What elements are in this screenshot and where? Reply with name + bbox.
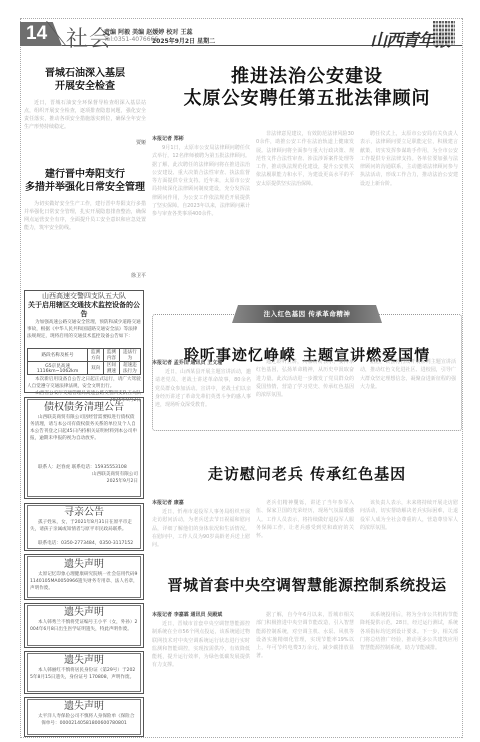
- notice-inner: 遗失声明 太原记忆印象心理健康研究院统一社会信用代码91140105MA0050…: [27, 556, 141, 598]
- visit-column-1: 近日，忻州市退役军人事务局组织开展走访慰问活动，为老兵送去节日祝福和慰问品，详细…: [152, 508, 250, 558]
- title-line-1: 晋城石油深入基层: [24, 67, 146, 80]
- visit-byline: 本报记者 康嘉: [152, 499, 184, 506]
- notice-body: 太原记忆印象心理健康研究院统一社会信用代码91140105MA0050966遗失…: [30, 571, 138, 592]
- notice-org: 山西高速交警四支队五大队: [27, 292, 141, 301]
- article-body: 为切实做好安全生产工作，建行晋中寿阳支行多措并举强化日常安全管理，扎实开展隐患排…: [24, 200, 146, 272]
- headline-line-2: 太原公安聘任第五批法律顾问: [150, 88, 464, 110]
- notice-contact: 联系人：赵春虎 联系电话：15935553108: [30, 464, 138, 471]
- table-cell: 双向: [88, 362, 104, 375]
- feature-column-2: 通过聆听宣讲，大家纷纷表示，要传承红色基因，弘扬革命精神，从历史中汲取奋进力量。…: [256, 358, 354, 426]
- hvac-headline: 晋城首套中央空调智慧能源控制系统投运: [150, 574, 464, 595]
- lead-headline: 推进法治公安建设 太原公安聘任第五批法律顾问: [150, 66, 464, 110]
- notice-loss-statement-2: 遗失声明 本人韩秀兰不慎将凭证编号王小平（女，外孙）2004年6月8日出生医学证…: [24, 603, 144, 648]
- table-header: 监测内容: [103, 349, 119, 362]
- notice-title: 关于启用辖区交通技术监控设备的公告: [27, 301, 141, 319]
- article-title: 晋城石油深入基层 开展安全检查: [24, 67, 146, 93]
- visit-headline: 走访慰问老兵 传承红色基因: [150, 463, 464, 484]
- visit-column-2: 老兵们精神矍铄，讲述了当年参军入伍、保家卫国的光荣经历，现场气氛温暖感人。工作人…: [256, 499, 354, 558]
- notice-title: 寻亲公告: [30, 507, 138, 519]
- notice-inner: 寻亲公告 孤子姓朱，女，于2021年8月31日在原平市走失，请孩子亲属或知情者与…: [27, 505, 141, 549]
- hvac-byline: 本报记者 李嘉霖 通讯员 吴殿斌: [152, 611, 222, 618]
- editors-credit: 责编 阿毅 美编 赵媛婷 校对 王蕊: [104, 27, 192, 36]
- notice-signature-org: 山西省公安厅交通管理局高速公路交警四支队五大队: [27, 390, 141, 397]
- feature-banner: 注入红色基因 传承革命精神: [232, 305, 382, 323]
- table-cell: 区间测速: [103, 362, 119, 375]
- notice-body: 山西联美商贸有限公司因经营需要拟进行债权债务清理，请与本公司有债权债务关系的单位…: [30, 414, 138, 464]
- notice-inner: 遗失声明 太平洋人寿保险公司不慎将人身保险单《保险合同》遗失，声明作废。 保单号…: [27, 699, 141, 735]
- visit-column-3: 该负责人表示，未来将持续开展走访慰问活动，切实帮助解决老兵实际困难，让退役军人成…: [360, 499, 458, 558]
- feature-byline: 本报记者 孟乔田 通讯员 王文瑾: [152, 359, 222, 366]
- notice-loss-statement-3: 遗失声明 本人韩丽红不慎将居民身份证（第29号）于2025年8月15日遗失，身份…: [24, 651, 144, 694]
- notice-title: 遗失声明: [30, 701, 138, 713]
- page-number: 14: [26, 23, 47, 45]
- page-border-top: [20, 18, 462, 19]
- page-border-left: [20, 18, 21, 738]
- notice-family-search: 寻亲公告 孤子姓朱，女，于2021年8月31日在原平市走失，请孩子亲属或知情者与…: [24, 503, 144, 551]
- notice-body: 太平洋人寿保险公司不慎将人身保险单《保险合同》遗失，声明作废。: [30, 713, 138, 720]
- notice-traffic-monitoring: 山西高速交警四支队五大队 关于启用辖区交通技术监控设备的公告 为加强高速公路交通…: [24, 290, 144, 393]
- feature-column-3: 据悉，该县将持续开展系列主题宣讲活动，推动红色文化进社区、进校园，引导广大群众坚…: [360, 358, 456, 426]
- notice-phone: 联系电话：0350-2773484，0350-3117152: [30, 540, 138, 547]
- feature-column-1: 近日，山西某县开展主题宣讲活动，邀请老党员、老战士讲述革命故事，80余名党员群众…: [155, 368, 251, 426]
- title-line-2: 开展安全检查: [24, 80, 146, 93]
- body-text: 为切实做好安全生产工作，建行晋中寿阳支行多措并举强化日常安全管理，扎实开展隐患排…: [24, 201, 146, 231]
- page-border-bottom: [20, 737, 462, 738]
- notice-body: 为加强高速公路交通安全管理，预防和减少道路交通事故，根据《中华人民共和国道路交通…: [27, 319, 141, 347]
- headline-line-1: 推进法治公安建设: [150, 66, 464, 88]
- table-cell: 超速违法行为: [119, 362, 140, 375]
- contact-tel: Tel:0351-4076666: [104, 36, 158, 43]
- lead-byline: 本报记者 郑彬: [152, 135, 184, 142]
- notice-signature-date: 2025年9月2日: [30, 478, 138, 485]
- notice-body: 本人韩丽红不慎将居民身份证（第29号）于2025年8月15日遗失，身份证号 17…: [30, 667, 138, 681]
- lead-column-3: 聘任仪式上，太原市公安局有关负责人表示，法律顾问要立足职能定位，积极建言献策，切…: [360, 130, 458, 286]
- notice-inner: 债权债务清理公告 山西联美商贸有限公司因经营需要拟进行债权债务清理，请与本公司有…: [27, 399, 141, 497]
- notice-title: 债权债务清理公告: [30, 401, 138, 414]
- table-header: 监测方向: [88, 349, 104, 362]
- notice-loss-statement-1: 遗失声明 太原记忆印象心理健康研究院统一社会信用代码91140105MA0050…: [24, 554, 144, 600]
- qr-code-icon: [433, 21, 455, 45]
- table-header-row: 路段名称及桩号 监测方向 监测内容 违法行为: [28, 349, 141, 362]
- sidebar-article-2: 建行晋中寿阳支行 多措并举强化日常安全管理 为切实做好安全生产工作，建行晋中寿阳…: [24, 168, 146, 280]
- notice-title: 遗失声明: [30, 655, 138, 667]
- table-row: G5京昆高速 1116km~1062km 双向 区间测速 超速违法行为: [28, 362, 141, 375]
- notice-title: 遗失声明: [30, 607, 138, 619]
- newspaper-page: 14 社会 责编 阿毅 美编 赵媛婷 校对 王蕊 Tel:0351-407666…: [0, 0, 480, 742]
- notice-footer: 本次新启用设备自公告之日起正式运行，请广大驾驶人自觉遵守交通法律法规，安全文明出…: [27, 376, 141, 390]
- table-header: 违法行为: [119, 349, 140, 362]
- notice-debt-clearance: 债权债务清理公告 山西联美商贸有限公司因经营需要拟进行债权债务清理，请与本公司有…: [24, 397, 144, 499]
- body-text: 近日，晋城石油安全环保督导检查组深入基层站点，组织开展安全检查，逐项排查隐患问题…: [24, 100, 146, 130]
- table-cell: G5京昆高速 1116km~1062km: [28, 362, 88, 375]
- lead-column-1: 9月1日，太原市公安局法律顾问聘任仪式举行，12名律师被聘为第五批法律顾问。据了…: [152, 144, 250, 286]
- issue-date: 2025年9月2日 星期二: [152, 36, 215, 45]
- hvac-column-1: 近日，晋城市首套中央空调智慧能源控制系统在全市56个网点投运，该系统通过物联网技…: [152, 620, 250, 732]
- monitoring-table: 路段名称及桩号 监测方向 监测内容 违法行为 G5京昆高速 1116km~106…: [27, 348, 141, 375]
- table-header: 路段名称及桩号: [28, 349, 88, 362]
- lead-column-2: 非法律意见建议，有效防范法律风险300余件，助推公安工作在法治轨道上健康发展。法…: [256, 130, 354, 286]
- title-line-2: 多措并举强化日常安全管理: [24, 181, 146, 194]
- notice-body: 孤子姓朱，女，于2021年8月31日在原平市走失，请孩子亲属或知情者与原平市民政…: [30, 519, 138, 540]
- notice-inner: 遗失声明 本人韩秀兰不慎将凭证编号王小平（女，外孙）2004年6月8日出生医学证…: [27, 605, 141, 646]
- hvac-column-2: 据了解，自今年6月以来，晋城市相关部门积极推进中央空调节能改造，引入智慧能源控制…: [256, 611, 354, 732]
- article-author: 贾姬: [24, 139, 146, 147]
- notice-code: 保单号：00002140581800600780801: [30, 720, 138, 727]
- notice-signature-org: 山西联美商贸有限公司: [30, 471, 138, 478]
- notice-title: 遗失声明: [30, 558, 138, 571]
- hvac-column-3: 该系统投用后，将为全市公共机构节能降耗提供示范。28日，经过运行测试，系统各项指…: [360, 611, 458, 732]
- sidebar-article-1: 晋城石油深入基层 开展安全检查 近日，晋城石油安全环保督导检查组深入基层站点，组…: [24, 67, 146, 147]
- page-border-right: [462, 18, 463, 738]
- article-author: 徐卫平: [24, 272, 146, 280]
- notice-body: 本人韩秀兰不慎将凭证编号王小平（女，外孙）2004年6月8日出生医学证明遗失，特…: [30, 619, 138, 633]
- article-title: 建行晋中寿阳支行 多措并举强化日常安全管理: [24, 168, 146, 194]
- banner-text: 注入红色基因 传承革命精神: [232, 305, 382, 323]
- notice-inner: 遗失声明 本人韩丽红不慎将居民身份证（第29号）于2025年8月15日遗失，身份…: [27, 653, 141, 692]
- title-line-1: 建行晋中寿阳支行: [24, 168, 146, 181]
- notice-loss-statement-4: 遗失声明 太平洋人寿保险公司不慎将人身保险单《保险合同》遗失，声明作废。 保单号…: [24, 697, 144, 737]
